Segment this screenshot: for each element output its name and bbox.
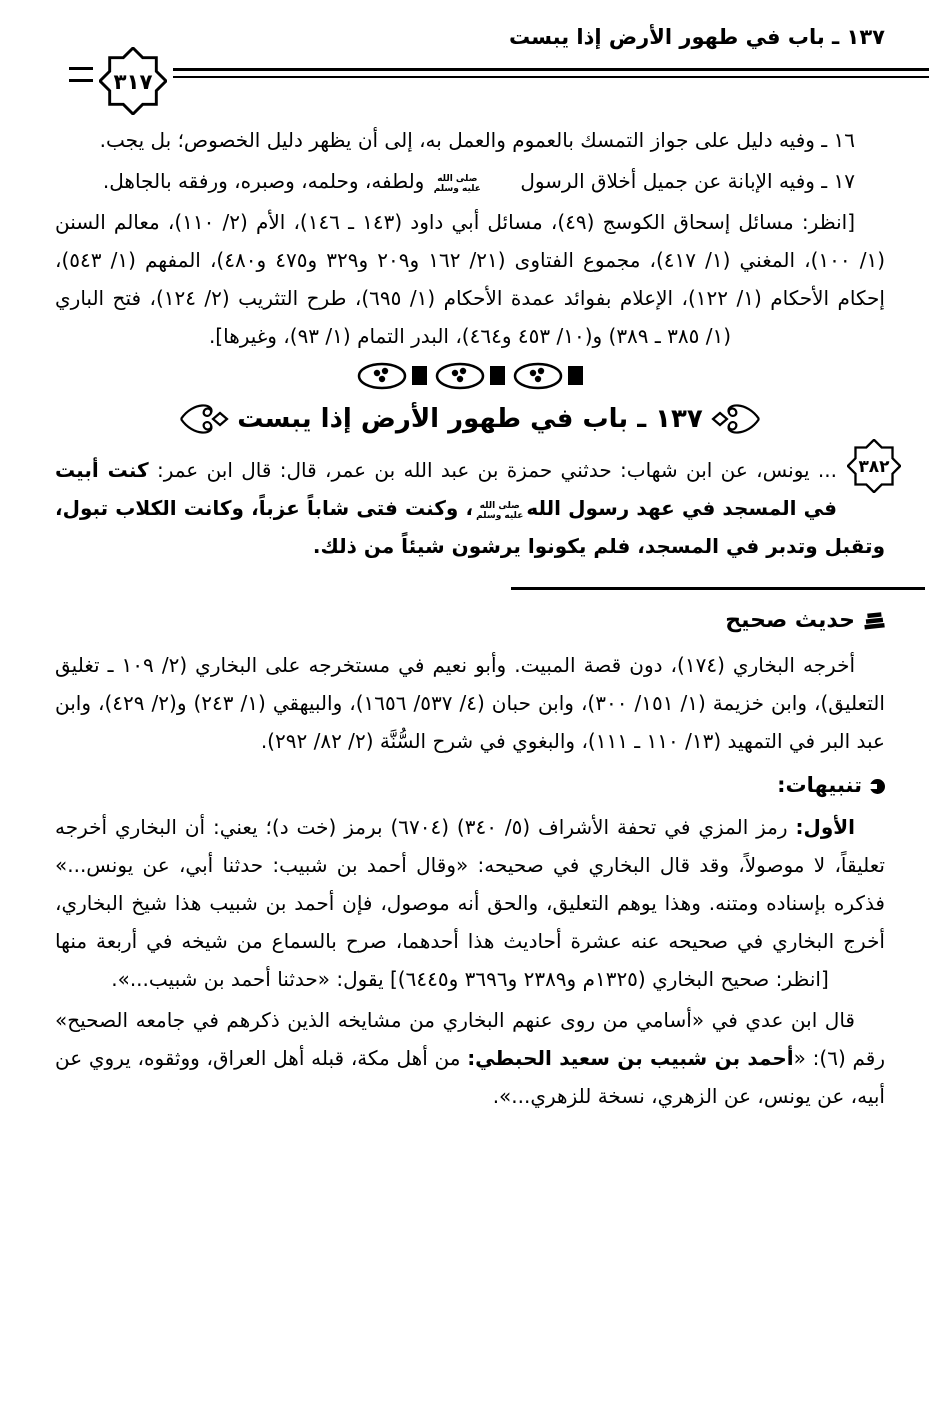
scroll-flourish-icon	[179, 399, 229, 439]
page-number-badge: ٣١٧	[99, 47, 167, 115]
hadith-number: ٣٨٢	[858, 457, 890, 477]
page-number: ٣١٧	[113, 70, 152, 95]
chapter-title: ١٣٧ ـ باب في طهور الأرض إذا يبست	[237, 401, 703, 437]
note-second-name: أحمد بن شبيب بن سعيد الحبطي:	[467, 1046, 793, 1070]
note-second: قال ابن عدي في «أسامي من روى عنهم البخار…	[55, 1001, 885, 1115]
notes-heading: تنبيهات:	[55, 766, 885, 806]
note-first-label: الأول:	[795, 815, 855, 839]
running-title: ١٣٧ ـ باب في طهور الأرض إذا يبست	[55, 24, 885, 51]
hadith-isnad: ... يونس، عن ابن شهاب: حدثني حمزة بن عبد…	[157, 458, 837, 482]
notes-label: تنبيهات:	[777, 766, 862, 806]
commentary-point-17: ١٧ ـ وفيه الإبانة عن جميل أخلاق الرسول ص…	[55, 162, 885, 200]
scroll-flourish-icon	[711, 399, 761, 439]
equals-ornament-icon	[69, 67, 93, 82]
chapter-heading: ١٣٧ ـ باب في طهور الأرض إذا يبست	[55, 399, 885, 439]
saw-honorific-icon: صلى اللهعليه وسلم	[476, 501, 523, 522]
takhrij-paragraph: أخرجه البخاري (١٧٤)، دون قصة المبيت. وأب…	[55, 646, 885, 760]
point-17-text-a: ١٧ ـ وفيه الإبانة عن جميل أخلاق الرسول	[520, 169, 855, 193]
grading-label: حديث صحيح	[725, 600, 855, 642]
book-page: ١٣٧ ـ باب في طهور الأرض إذا يبست ٣١٧ ١٦ …	[0, 0, 933, 1411]
section-separator-ornament	[55, 361, 885, 391]
page-header: ١٣٧ ـ باب في طهور الأرض إذا يبست ٣١٧	[55, 24, 885, 107]
hadith-paragraph: ٣٨٢ ... يونس، عن ابن شهاب: حدثني حمزة بن…	[55, 451, 885, 565]
double-rule	[173, 68, 929, 78]
hadith-number-badge: ٣٨٢	[847, 439, 901, 493]
notch-bullet-icon	[870, 779, 885, 794]
grading-heading: حديث صحيح	[55, 600, 885, 642]
point-17-text-b: ولطفه، وحلمه، وصبره، ورفقه بالجاهل.	[103, 169, 424, 193]
takhrij-divider	[511, 587, 925, 590]
flower-medallion-ornament-icon	[356, 361, 584, 391]
note-first: الأول: رمز المزي في تحفة الأشراف (٥/ ٣٤٠…	[55, 808, 885, 998]
see-also-references: [انظر: مسائل إسحاق الكوسج (٤٩)، مسائل أب…	[55, 203, 885, 355]
saw-honorific-icon: صلى اللهعليه وسلم	[434, 174, 511, 195]
note-first-text: رمز المزي في تحفة الأشراف (٥/ ٣٤٠) (٦٧٠٤…	[55, 815, 885, 991]
header-rule-row: ٣١٧	[55, 55, 885, 107]
page-body: ١٦ ـ وفيه دليل على جواز التمسك بالعموم و…	[55, 121, 885, 1115]
books-icon	[863, 611, 885, 631]
commentary-point-16: ١٦ ـ وفيه دليل على جواز التمسك بالعموم و…	[55, 121, 885, 159]
